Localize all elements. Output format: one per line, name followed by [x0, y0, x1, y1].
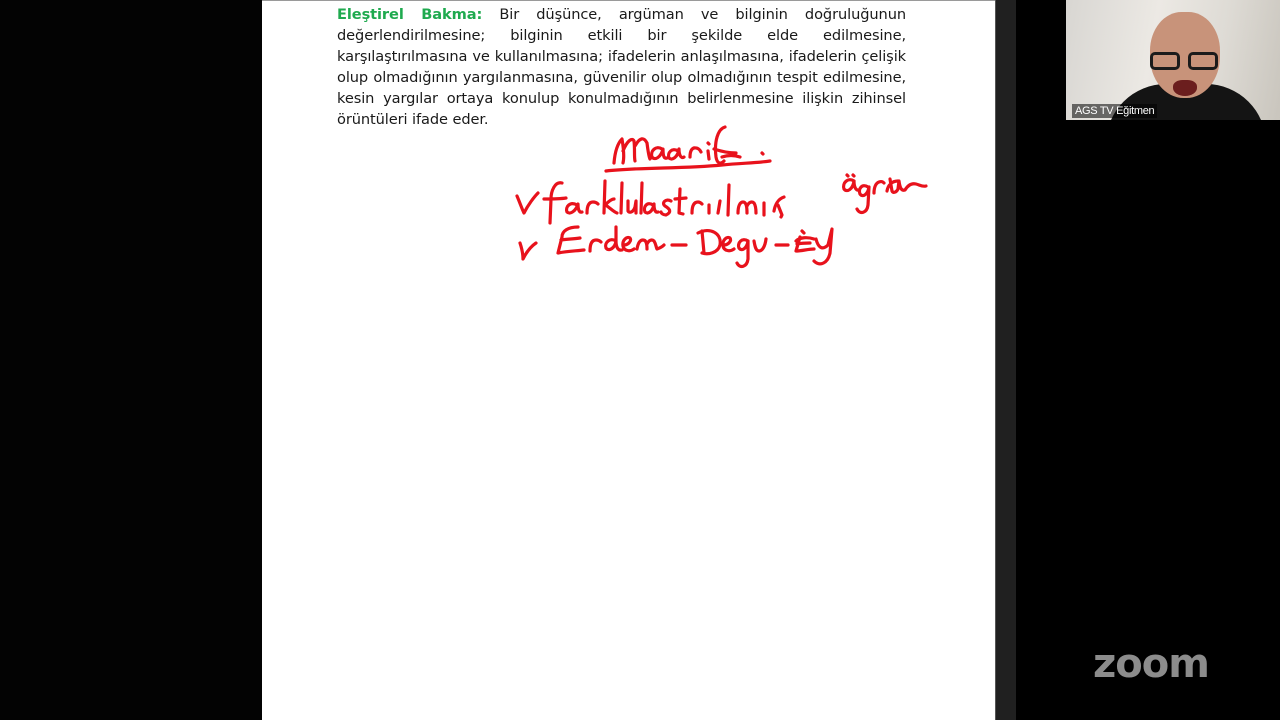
glasses-shape	[1148, 52, 1222, 72]
annotation-line-2	[520, 227, 832, 266]
screen-share-area: Eleştirel Bakma: Bir düşünce, argüman ve…	[0, 0, 1016, 720]
scrollbar-gutter	[995, 0, 1016, 720]
definition-term: Eleştirel Bakma:	[337, 6, 482, 23]
annotation-maarif	[606, 127, 770, 171]
annotation-line-1	[517, 175, 926, 223]
participant-video-tile[interactable]: AGS TV Eğitmen	[1066, 0, 1280, 120]
zoom-logo: zoom	[1093, 642, 1209, 686]
definition-text: Bir düşünce, argüman ve bilginin doğrulu…	[337, 6, 906, 128]
mouth-shape	[1173, 80, 1197, 96]
participant-name-label: AGS TV Eğitmen	[1072, 104, 1157, 118]
document-page: Eleştirel Bakma: Bir düşünce, argüman ve…	[262, 0, 995, 720]
definition-paragraph: Eleştirel Bakma: Bir düşünce, argüman ve…	[337, 4, 906, 130]
